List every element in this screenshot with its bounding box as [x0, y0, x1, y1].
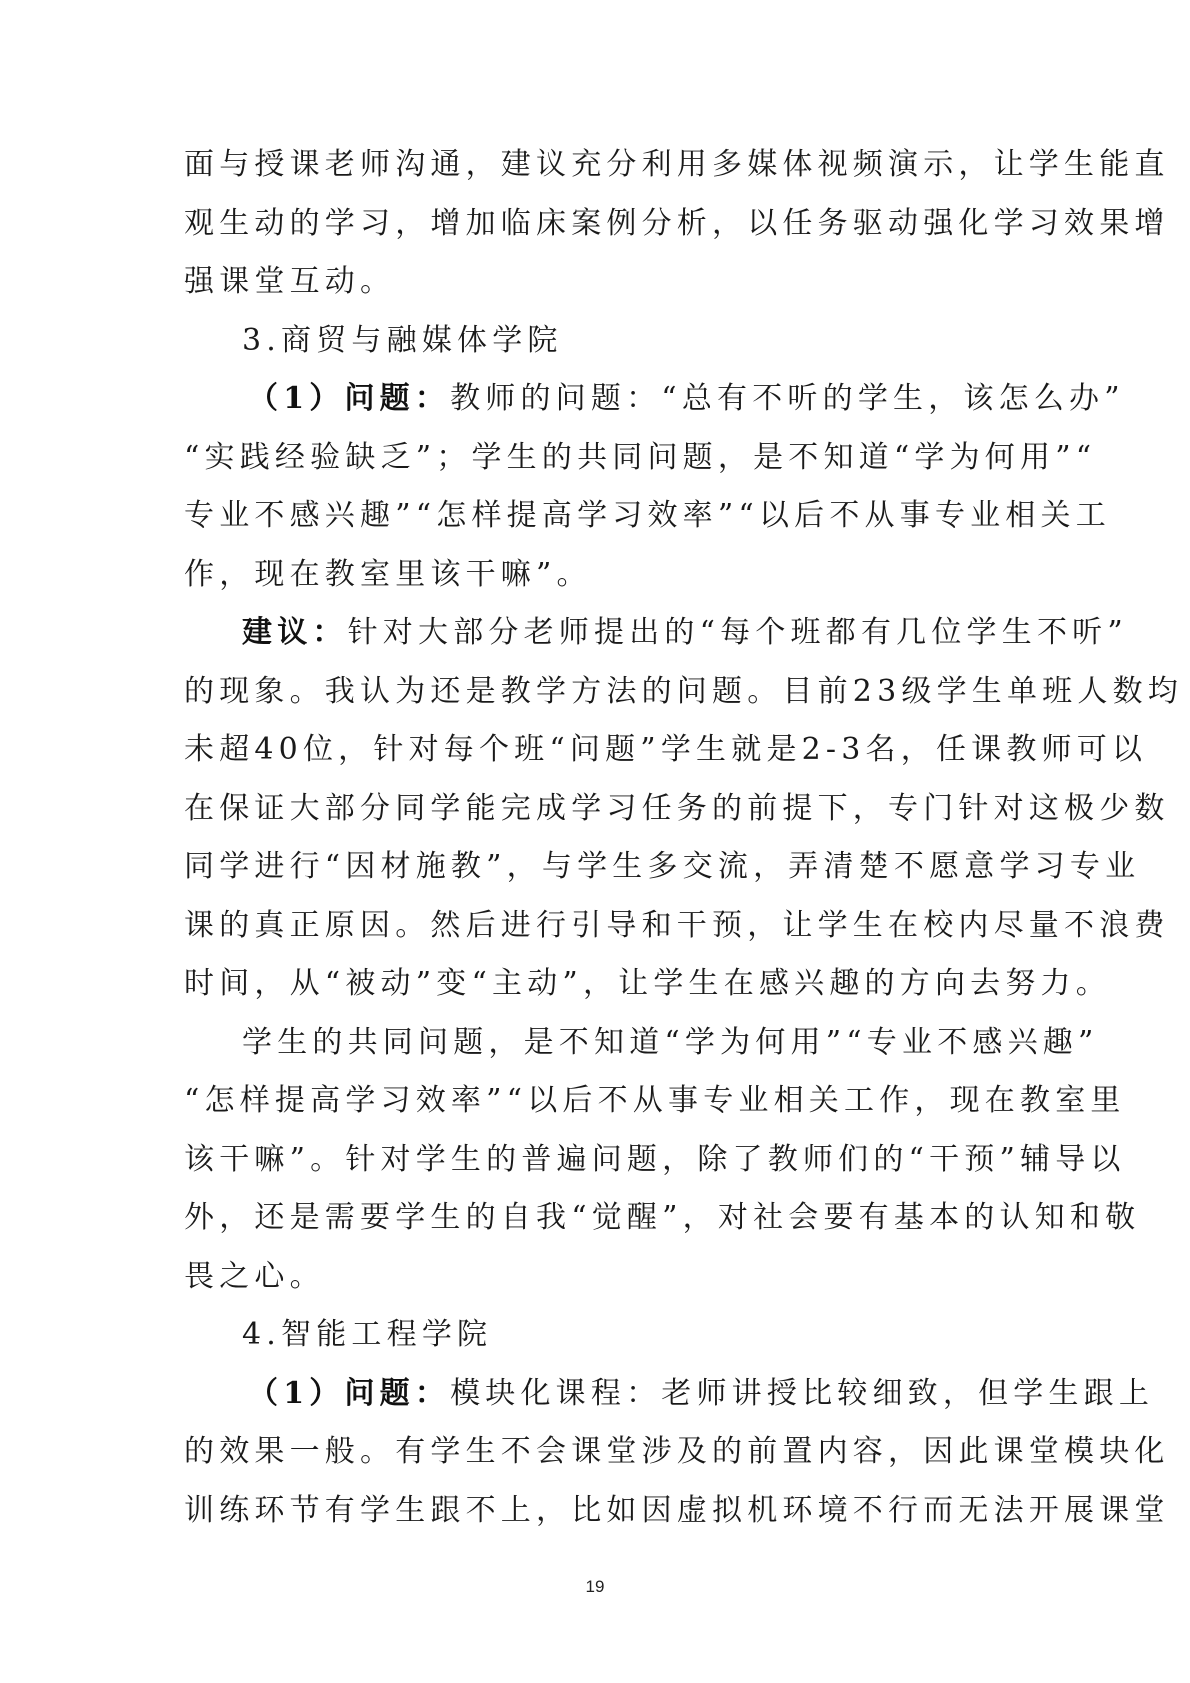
paragraph-line: 强课堂互动。 — [184, 253, 1016, 312]
document-page: 面与授课老师沟通，建议充分利用多媒体视频演示，让学生能直 观生动的学习，增加临床… — [0, 0, 1190, 1683]
paragraph-line: 面与授课老师沟通，建议充分利用多媒体视频演示，让学生能直 — [184, 136, 1016, 195]
suggestion-text: 针对大部分老师提出的“每个班都有几位学生不听” — [348, 615, 1128, 650]
page-number: 19 — [0, 1577, 1190, 1597]
paragraph-line: 学生的共同问题，是不知道“学为何用”“专业不感兴趣” — [184, 1014, 1016, 1073]
section-heading-3: 3.商贸与融媒体学院 — [184, 312, 1016, 371]
section-heading-4: 4.智能工程学院 — [184, 1306, 1016, 1365]
problem-text: 教师的问题：“总有不听的学生，该怎么办” — [450, 381, 1125, 416]
problem-label: （1）问题： — [248, 381, 450, 416]
paragraph-line: 作，现在教室里该干嘛”。 — [184, 546, 1016, 605]
paragraph-line: “实践经验缺乏”；学生的共同问题，是不知道“学为何用”“ — [184, 429, 1016, 488]
paragraph-line: 专业不感兴趣”“怎样提高学习效率”“以后不从事专业相关工 — [184, 487, 1016, 546]
paragraph-line: 课的真正原因。然后进行引导和干预，让学生在校内尽量不浪费 — [184, 897, 1016, 956]
paragraph-line: 在保证大部分同学能完成学习任务的前提下，专门针对这极少数 — [184, 780, 1016, 839]
suggestion-label: 建议： — [242, 615, 348, 650]
paragraph-line: 训练环节有学生跟不上，比如因虚拟机环境不行而无法开展课堂 — [184, 1482, 1016, 1541]
paragraph-line: 的现象。我认为还是教学方法的问题。目前23级学生单班人数均 — [184, 663, 1016, 722]
paragraph-line: 外，还是需要学生的自我“觉醒”，对社会要有基本的认知和敬 — [184, 1189, 1016, 1248]
paragraph-line: 畏之心。 — [184, 1248, 1016, 1307]
body-text: 面与授课老师沟通，建议充分利用多媒体视频演示，让学生能直 观生动的学习，增加临床… — [184, 136, 1016, 1540]
problem-text: 模块化课程：老师讲授比较细致，但学生跟上 — [450, 1376, 1154, 1411]
paragraph-line: 观生动的学习，增加临床案例分析，以任务驱动强化学习效果增 — [184, 195, 1016, 254]
paragraph-line: 的效果一般。有学生不会课堂涉及的前置内容，因此课堂模块化 — [184, 1423, 1016, 1482]
paragraph-line: 同学进行“因材施教”，与学生多交流，弄清楚不愿意学习专业 — [184, 838, 1016, 897]
paragraph-line: 未超40位，针对每个班“问题”学生就是2-3名，任课教师可以 — [184, 721, 1016, 780]
problem-label: （1）问题： — [248, 1376, 450, 1411]
problem-paragraph-line: （1）问题：教师的问题：“总有不听的学生，该怎么办” — [184, 370, 1016, 429]
suggestion-paragraph-line: 建议：针对大部分老师提出的“每个班都有几位学生不听” — [184, 604, 1016, 663]
paragraph-line: “怎样提高学习效率”“以后不从事专业相关工作，现在教室里 — [184, 1072, 1016, 1131]
paragraph-line: 该干嘛”。针对学生的普遍问题，除了教师们的“干预”辅导以 — [184, 1131, 1016, 1190]
problem-paragraph-line: （1）问题：模块化课程：老师讲授比较细致，但学生跟上 — [184, 1365, 1016, 1424]
paragraph-line: 时间，从“被动”变“主动”，让学生在感兴趣的方向去努力。 — [184, 955, 1016, 1014]
